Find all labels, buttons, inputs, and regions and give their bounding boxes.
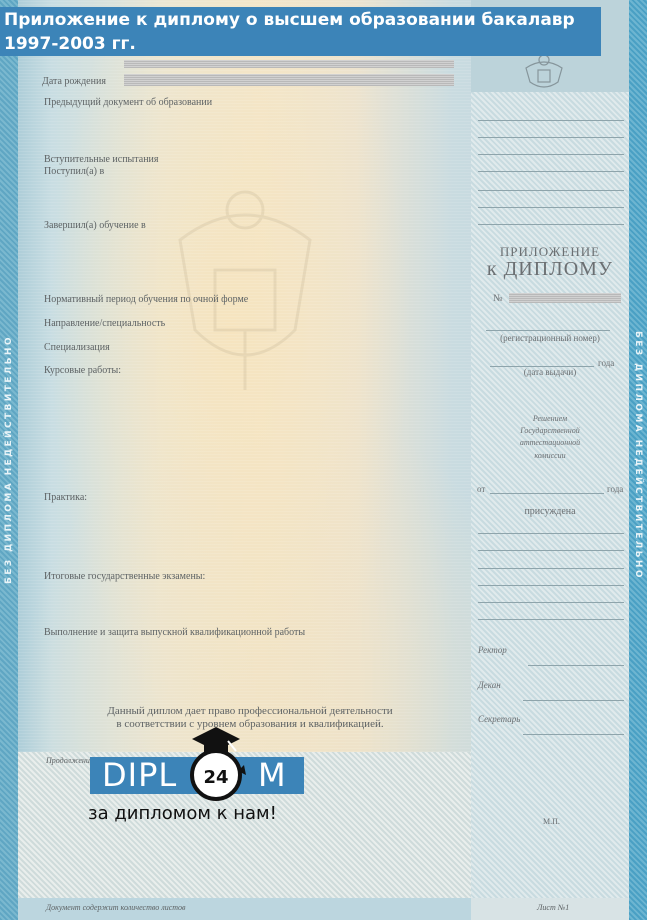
decision-line-2: Государственной	[471, 426, 629, 435]
reg-number-caption: (регистрационный номер)	[471, 333, 629, 343]
right-side-warning: БЕЗ ДИПЛОМА НЕДЕЙСТВИТЕЛЬНО	[629, 300, 647, 610]
secretary-label: Секретарь	[478, 714, 520, 724]
number-sign: №	[493, 293, 503, 304]
graduation-clock-icon: 24	[186, 725, 246, 805]
continuation-label: Продолжение	[46, 756, 93, 765]
dean-signature-line	[523, 700, 624, 701]
right-panel-line	[478, 120, 624, 121]
left-side-warning: БЕЗ ДИПЛОМА НЕДЕЙСТВИТЕЛЬНО	[0, 300, 18, 620]
coursework-label: Курсовые работы:	[44, 365, 121, 376]
reg-number-line	[486, 330, 610, 331]
right-panel-line	[478, 224, 624, 225]
final-exams-label: Итоговые государственные экзамены:	[44, 571, 205, 582]
decision-line-3: аттестационной	[471, 438, 629, 447]
redacted-name	[124, 60, 454, 68]
redacted-birth-date	[124, 74, 454, 86]
right-panel-line	[478, 171, 624, 172]
coat-of-arms-watermark-icon	[160, 170, 330, 410]
right-panel-line	[478, 602, 624, 603]
right-panel-line	[478, 190, 624, 191]
logo-text-left: DIPL	[102, 755, 177, 795]
rector-signature-line	[528, 665, 624, 666]
logo-slogan: за дипломом к нам!	[88, 803, 277, 824]
sheet-number-label: Лист №1	[537, 903, 569, 912]
awarded-label: присуждена	[471, 506, 629, 517]
redacted-number	[509, 293, 621, 303]
sheets-count-label: Документ содержит количество листов	[46, 903, 186, 912]
right-panel-line	[478, 154, 624, 155]
enrolled-label: Поступил(а) в	[44, 166, 104, 177]
coat-of-arms-icon	[522, 52, 566, 92]
from-suffix: года	[607, 484, 623, 494]
direction-label: Направление/специальность	[44, 318, 165, 329]
rector-label: Ректор	[478, 645, 507, 655]
decision-date-line	[490, 493, 604, 494]
right-panel-line	[478, 533, 624, 534]
issue-date-caption: (дата выдачи)	[471, 367, 629, 377]
right-panel-line	[478, 550, 624, 551]
completed-label: Завершил(а) обучение в	[44, 220, 146, 231]
right-panel-line	[478, 619, 624, 620]
normative-period-label: Нормативный период обучения по очной фор…	[44, 294, 248, 305]
stamp-placeholder: М.П.	[543, 817, 560, 826]
previous-document-label: Предыдущий документ об образовании	[44, 97, 212, 108]
rights-note-line-1: Данный диплом дает право профессионально…	[40, 705, 460, 718]
diplom24-logo: DIPL 24 M за дипломом к нам!	[88, 725, 318, 835]
right-panel-line	[478, 207, 624, 208]
dean-label: Декан	[478, 680, 501, 690]
thesis-label: Выполнение и защита выпускной квалификац…	[44, 627, 305, 638]
right-panel-line	[478, 568, 624, 569]
logo-text-right: M	[258, 755, 287, 795]
birth-date-label: Дата рождения	[42, 76, 106, 87]
decision-line-1: Решением	[471, 414, 629, 423]
right-panel-line	[478, 585, 624, 586]
secretary-signature-line	[523, 734, 624, 735]
page-title: Приложение к диплому о высшем образовани…	[0, 7, 601, 56]
practice-label: Практика:	[44, 492, 87, 503]
right-panel-line	[478, 137, 624, 138]
from-prefix: от	[477, 484, 485, 494]
decision-line-4: комиссии	[471, 451, 629, 460]
svg-text:24: 24	[203, 767, 228, 788]
specialization-label: Специализация	[44, 342, 110, 353]
supplement-heading-diploma: к ДИПЛОМУ	[471, 258, 629, 281]
entrance-exams-label: Вступительные испытания	[44, 154, 159, 165]
